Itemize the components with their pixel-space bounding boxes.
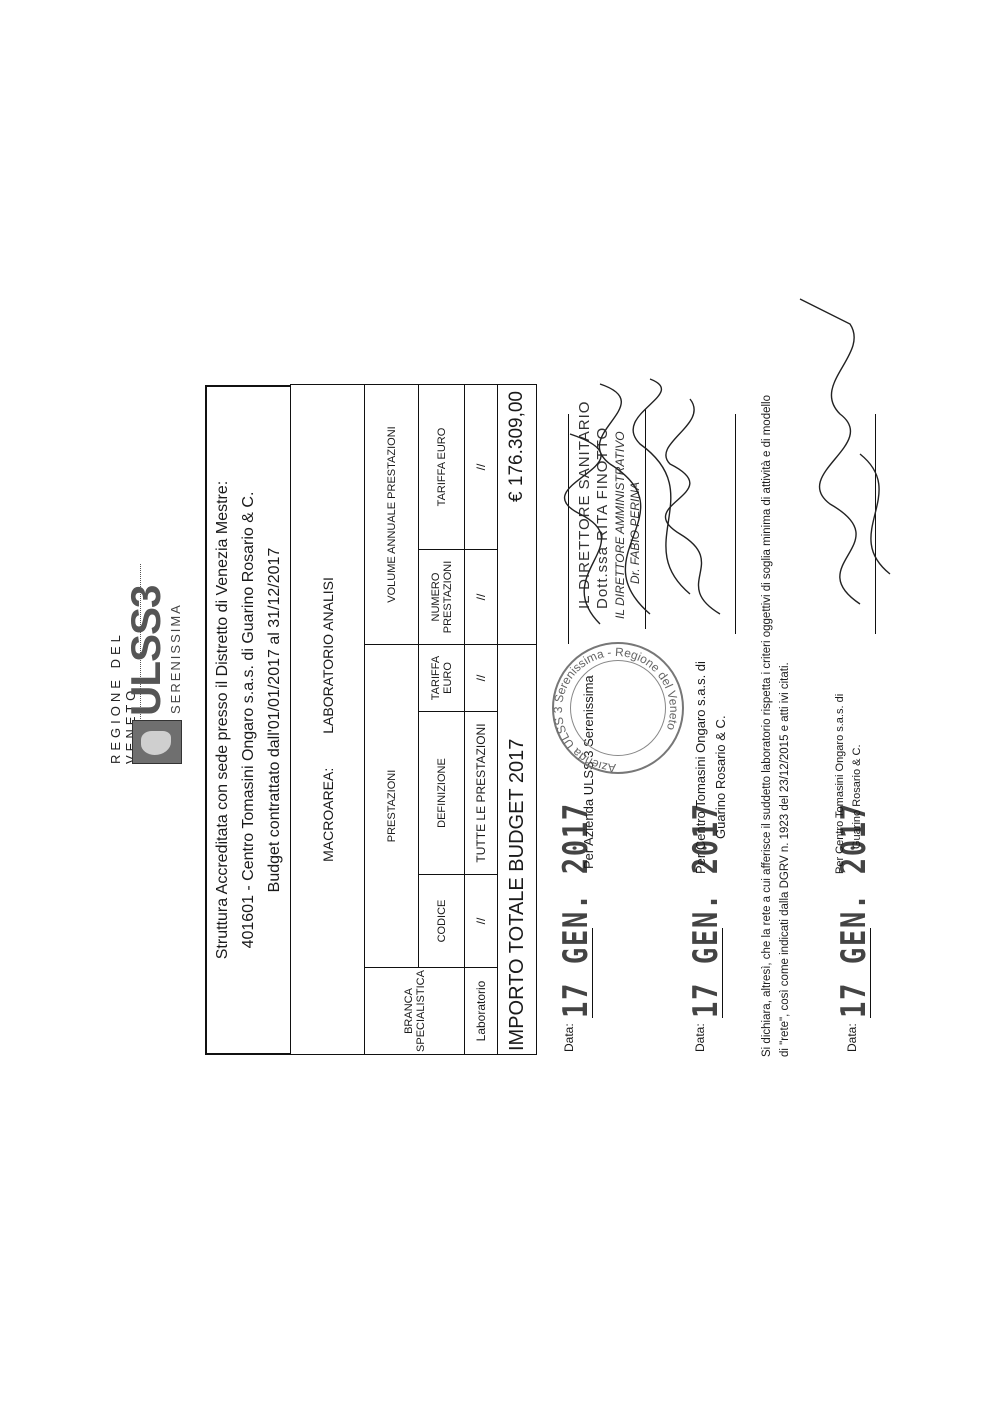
declaration-line-2: di "rete", così come indicati dalla DGRV… [776,662,794,1057]
cell-codice: // [465,875,498,968]
header-volume: VOLUME ANNUALE PRESTAZIONI [365,385,419,645]
declaration-line-1: Si dichiara, altresì, che la rete a cui … [758,395,776,1057]
lion-of-st-mark-icon [132,720,182,764]
brand-subtitle: SERENISSIMA [168,603,183,714]
party-3-line-2: Guarino Rosario & C. [849,744,866,849]
header-numero-prestazioni: NUMERO PRESTAZIONI [419,550,465,645]
macroarea-row: MACROAREA:LABORATORIO ANALISI [291,385,365,1055]
total-spacer [498,550,537,645]
cell-branca: Laboratorio [465,968,498,1055]
cell-numero-prestazioni: // [465,550,498,645]
title-line-1: Struttura Accreditata con sede presso il… [210,481,236,959]
party-2-line-1: Per Centro Tomasini Ongaro s.a.s. di [692,661,710,874]
date-label-2: Data: [693,1023,707,1052]
header-codice: CODICE [419,875,465,968]
header-tariffa-euro-volume: TARIFFA EURO [419,385,465,550]
date-label-3: Data: [845,1023,859,1052]
party-3-line-1: Per Centro Tomasini Ongaro s.a.s. di [832,694,849,874]
stamp-text-ring: Azienda ULSS 3 Serenissima - Regione del… [552,646,680,774]
cell-tariffa-euro: // [465,645,498,712]
header-row-2: CODICE DEFINIZIONE TARIFFA EURO NUMERO P… [419,385,465,1055]
budget-table: MACROAREA:LABORATORIO ANALISI BRANCA SPE… [290,384,537,1055]
total-row: IMPORTO TOTALE BUDGET 2017 € 176.309,00 [498,385,537,1055]
cell-tariffa-euro-volume: // [465,385,498,550]
header-definizione: DEFINIZIONE [419,712,465,875]
svg-text:Azienda ULSS 3 Serenissima - R: Azienda ULSS 3 Serenissima - Regione del… [552,646,680,774]
header-branca: BRANCA SPECIALISTICA [365,968,465,1055]
header-row-1: BRANCA SPECIALISTICA PRESTAZIONI VOLUME … [365,385,419,1055]
brand-logo-text: ULSS3 [124,586,168,716]
scanned-page: REGIONE DEL VENETO ULSS3 SERENISSIMA Str… [0,0,1000,1414]
party-2-line-2: Guarino Rosario & C. [712,715,730,839]
macroarea-cell: MACROAREA:LABORATORIO ANALISI [291,385,365,1055]
signature-scribble-3 [780,294,920,614]
header-tariffa-euro: TARIFFA EURO [419,645,465,712]
macroarea-label: MACROAREA: [320,768,336,862]
total-label: IMPORTO TOTALE BUDGET 2017 [498,645,537,1055]
title-line-3: Budget contrattato dall'01/01/2017 al 31… [262,548,288,893]
table-row: Laboratorio // TUTTE LE PRESTAZIONI // /… [465,385,498,1055]
macroarea-value: LABORATORIO ANALISI [320,577,336,734]
header-prestazioni: PRESTAZIONI [365,645,419,968]
document-title-box: Struttura Accreditata con sede presso il… [205,385,290,1055]
signature-scribble-2 [650,394,740,624]
total-value: € 176.309,00 [498,385,537,550]
date-label-1: Data: [562,1023,576,1052]
cell-definizione: TUTTE LE PRESTAZIONI [465,712,498,875]
title-line-2: 401601 - Centro Tomasini Ongaro s.a.s. d… [236,492,262,949]
